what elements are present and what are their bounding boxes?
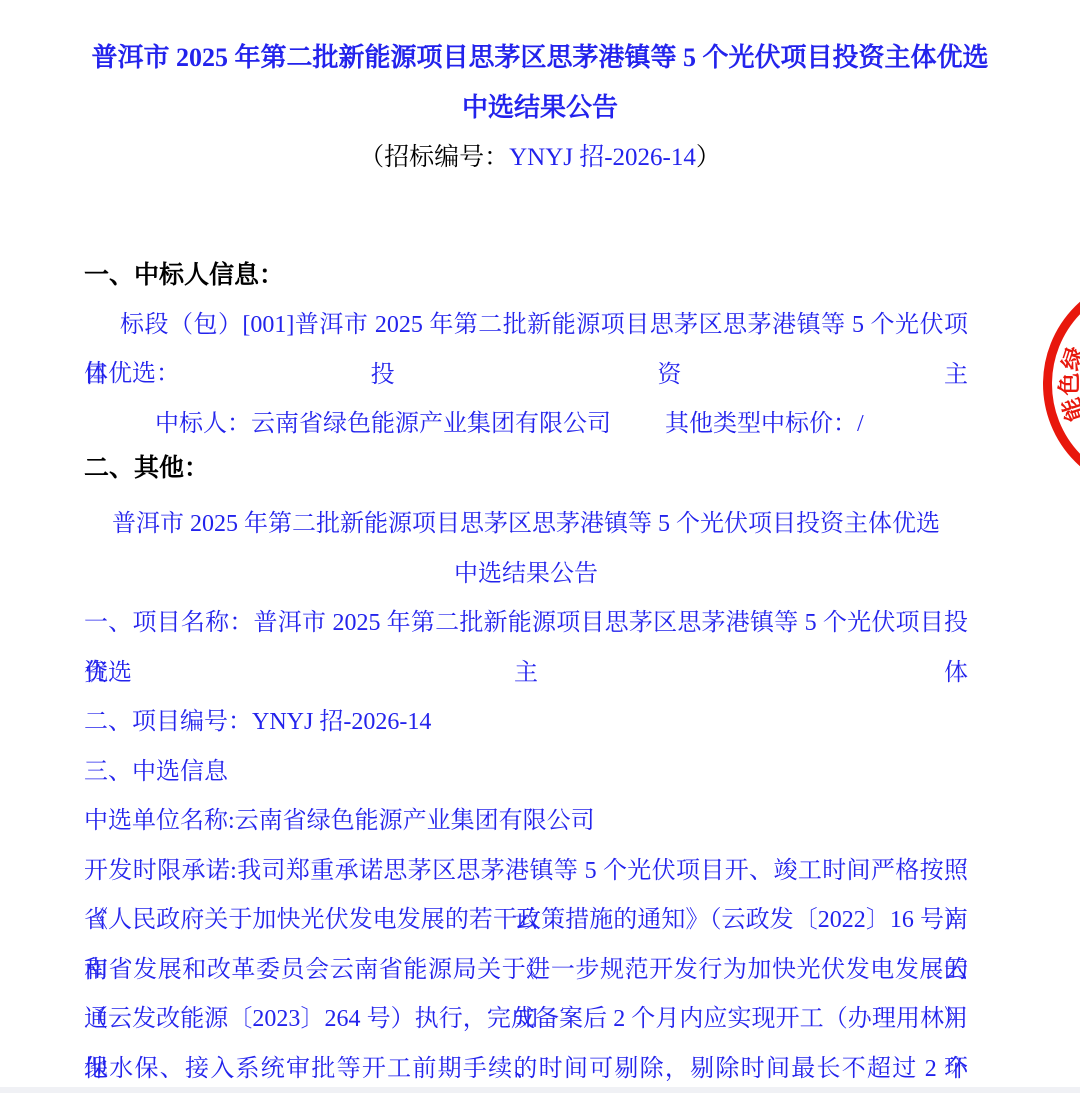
lot-package-line2: 体优选： [84, 350, 968, 400]
announcement-document-page: 普洱市 2025 年第二批新能源项目思茅区思茅港镇等 5 个光伏项目投资主体优选… [0, 0, 1080, 1093]
body-line: 二、项目编号：YNYJ 招-2026-14 [84, 698, 968, 748]
seal-glyph: 能 [1057, 395, 1080, 425]
body-line: 保水保、接入系统审批等开工前期手续的时间可剔除，剔除时间最长不超过 2 个月），… [84, 1045, 968, 1093]
body-line: 中选单位名称:云南省绿色能源产业集团有限公司 [84, 797, 968, 847]
notice-center-title1: 普洱市 2025 年第二批新能源项目思茅区思茅港镇等 5 个光伏项目投资主体优选 [84, 500, 968, 550]
document-title-line1: 普洱市 2025 年第二批新能源项目思茅区思茅港镇等 5 个光伏项目投资主体优选 [0, 38, 1080, 78]
notice-body: 一、项目名称：普洱市 2025 年第二批新能源项目思茅区思茅港镇等 5 个光伏项… [84, 599, 968, 1093]
seal-glyph: 色 [1056, 373, 1080, 396]
winner-line: 中标人：云南省绿色能源产业集团有限公司 其他类型中标价：/ [84, 400, 968, 450]
body-line: 三、中选信息 [84, 748, 968, 798]
notice-center-title2: 中选结果公告 [84, 550, 968, 600]
seal-icon: 绿 色 能 [1035, 273, 1080, 473]
other-bid-price: 其他类型中标价：/ [665, 400, 864, 450]
bid-number-suffix: ） [696, 144, 721, 171]
body-line: （云发改能源〔2023〕264 号）执行，完成备案后 2 个月内应实现开工（办理… [84, 995, 968, 1045]
bid-number-prefix: （招标编号： [359, 144, 509, 171]
bid-number-value: YNYJ 招-2026-14 [509, 144, 696, 171]
section-heading-winner-info: 一、中标人信息： [84, 260, 284, 290]
body-line: 一、项目名称：普洱市 2025 年第二批新能源项目思茅区思茅港镇等 5 个光伏项… [84, 599, 968, 649]
winner-name: 中标人：云南省绿色能源产业集团有限公司 [155, 411, 611, 437]
body-line: 省人民政府关于加快光伏发电发展的若干政策措施的通知》（云政发〔2022〕16 号… [84, 896, 968, 946]
bid-number-line: （招标编号：YNYJ 招-2026-14） [0, 138, 1080, 178]
page-bottom-edge [0, 1087, 1080, 1093]
seal-glyph: 绿 [1057, 343, 1080, 373]
section-heading-other: 二、其他： [84, 453, 209, 483]
body-line: 开发时限承诺:我司郑重承诺思茅区思茅港镇等 5 个光伏项目开、竣工时间严格按照《… [84, 847, 968, 897]
red-company-seal: 绿 色 能 [1035, 273, 1080, 473]
document-title-line2: 中选结果公告 [0, 88, 1080, 128]
body-line: 南省发展和改革委员会云南省能源局关于进一步规范开发行为加快光伏发电发展的通知》 [84, 946, 968, 996]
